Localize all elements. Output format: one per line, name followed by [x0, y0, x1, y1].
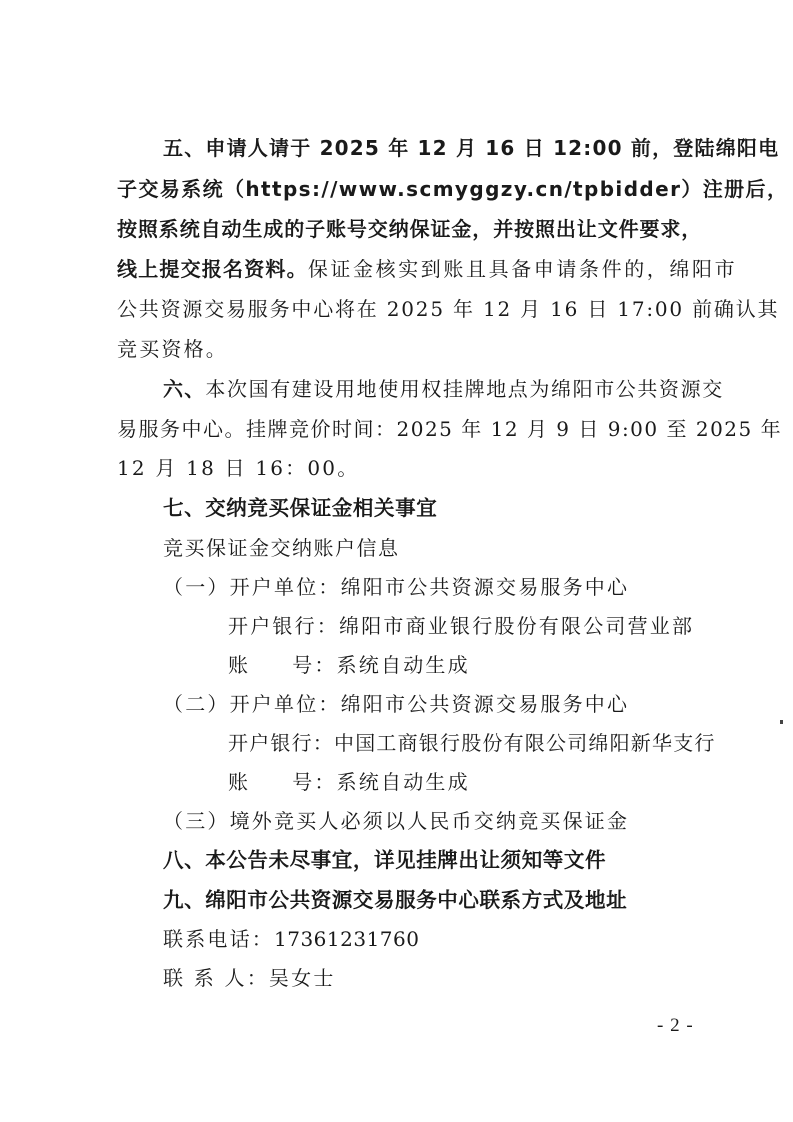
account-2-number-value: 系统自动生成 [337, 770, 470, 794]
account-1-unit-value: 绵阳市公共资源交易服务中心 [341, 575, 630, 599]
account-1-bank-label: 开户银行： [228, 614, 339, 638]
account-1-unit: （一）开户单位：绵阳市公共资源交易服务中心 [163, 574, 629, 600]
phone-label: 联系电话： [163, 927, 274, 951]
section5-line3: 按照系统自动生成的子账号交纳保证金，并按照出让文件要求， [117, 216, 702, 242]
account-1-number: 账号：系统自动生成 [228, 652, 470, 678]
account-1-index: （一） [163, 575, 230, 599]
account-1-bank: 开户银行：绵阳市商业银行股份有限公司营业部 [228, 613, 694, 639]
account-1-number-label-2: 号： [292, 653, 336, 677]
account-2-unit: （二）开户单位：绵阳市公共资源交易服务中心 [163, 691, 629, 717]
account-2-index: （二） [163, 692, 230, 716]
phone-value: 17361231760 [274, 927, 419, 951]
account-1-unit-label: 开户单位： [230, 575, 341, 599]
section6-line1-rest: 本次国有建设用地使用权挂牌地点为绵阳市公共资源交 [205, 377, 723, 401]
account-1-number-value: 系统自动生成 [337, 653, 470, 677]
section5-line6: 竞买资格。 [117, 336, 228, 362]
note-text: 境外竞买人必须以人民币交纳竞买保证金 [230, 809, 630, 833]
section7-note: （三）境外竞买人必须以人民币交纳竞买保证金 [163, 808, 629, 834]
document-page: 五、申请人请于 2025 年 12 月 16 日 12:00 前，登陆绵阳电 子… [0, 0, 793, 1122]
account-2-bank-label: 开户银行： [228, 731, 334, 755]
account-2-number-label-2: 号： [292, 770, 336, 794]
account-2-number-label-1: 账 [228, 770, 250, 794]
account-2-number: 账号：系统自动生成 [228, 769, 470, 795]
section6-line1-bold: 六、 [163, 377, 205, 401]
contact-label: 联 系 人： [163, 966, 269, 990]
section9-heading: 九、绵阳市公共资源交易服务中心联系方式及地址 [163, 887, 627, 913]
section5-line5: 公共资源交易服务中心将在 2025 年 12 月 16 日 17:00 前确认其 [117, 296, 779, 322]
account-2-bank: 开户银行：中国工商银行股份有限公司绵阳新华支行 [228, 730, 716, 756]
account-1-number-label-1: 账 [228, 653, 250, 677]
section6-line3: 12 月 18 日 16：00。 [117, 455, 359, 481]
account-1-bank-value: 绵阳市商业银行股份有限公司营业部 [339, 614, 694, 638]
account-2-unit-value: 绵阳市公共资源交易服务中心 [341, 692, 630, 716]
section5-line2: 子交易系统（https://www.scmyggzy.cn/tpbidder）注… [117, 176, 788, 202]
contact-person: 联 系 人：吴女士 [163, 965, 336, 991]
account-2-bank-value: 中国工商银行股份有限公司绵阳新华支行 [334, 731, 716, 755]
section6-line1: 六、本次国有建设用地使用权挂牌地点为绵阳市公共资源交 [163, 376, 724, 402]
section5-line4-rest: 保证金核实到账且具备申请条件的，绵阳市 [308, 257, 737, 281]
account-2-unit-label: 开户单位： [230, 692, 341, 716]
section7-heading: 七、交纳竞买保证金相关事宜 [163, 495, 437, 521]
section5-line4-bold: 线上提交报名资料。 [117, 257, 308, 281]
contact-phone: 联系电话：17361231760 [163, 926, 419, 952]
note-index: （三） [163, 809, 230, 833]
page-number: - 2 - [657, 1015, 694, 1037]
contact-value: 吴女士 [269, 966, 336, 990]
section5-line1: 五、申请人请于 2025 年 12 月 16 日 12:00 前，登陆绵阳电 [163, 135, 779, 161]
scan-speck [780, 720, 783, 724]
section8-heading: 八、本公告未尽事宜，详见挂牌出让须知等文件 [163, 847, 606, 873]
section5-line4: 线上提交报名资料。保证金核实到账且具备申请条件的，绵阳市 [117, 256, 737, 282]
section7-subheading: 竞买保证金交纳账户信息 [163, 535, 400, 561]
section6-line2: 易服务中心。挂牌竞价时间：2025 年 12 月 9 日 9:00 至 2025… [117, 416, 782, 442]
